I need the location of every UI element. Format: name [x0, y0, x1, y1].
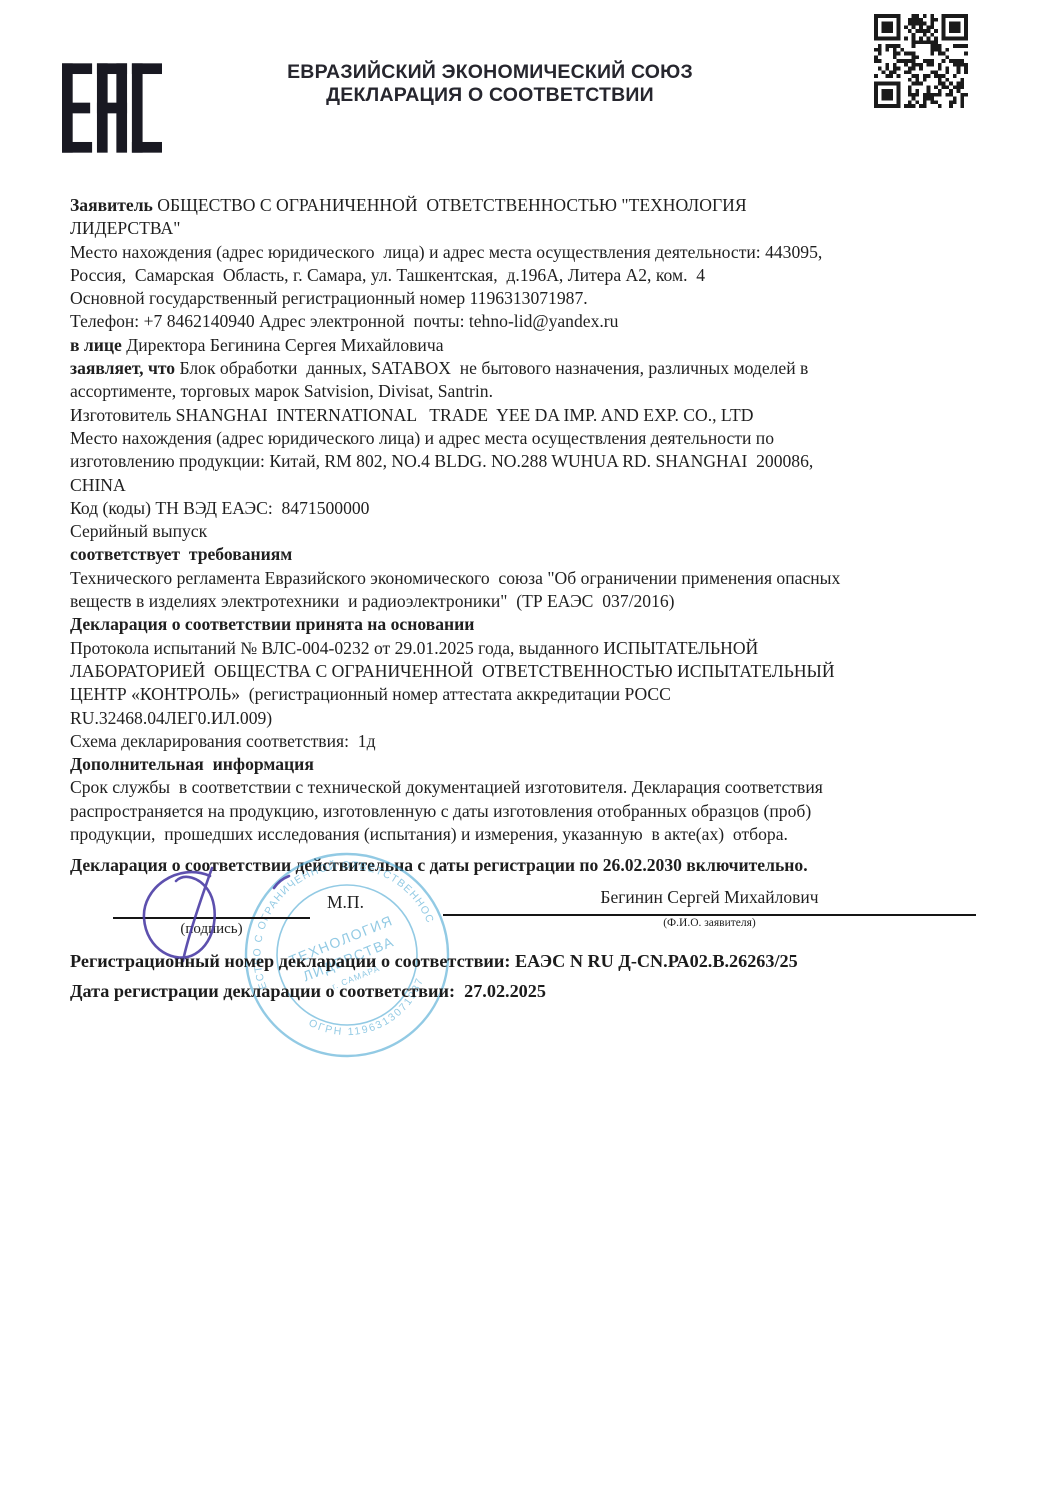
doc-line: веществ в изделиях электротехники и ради… [70, 590, 1010, 613]
doc-line: ЛИДЕРСТВА" [70, 217, 1010, 240]
doc-line: Россия, Самарская Область, г. Самара, ул… [70, 264, 1010, 287]
doc-line: Код (коды) ТН ВЭД ЕАЭС: 8471500000 [70, 497, 1010, 520]
doc-line: Срок службы в соответствии с технической… [70, 776, 1010, 799]
registration-number-line: Регистрационный номер декларации о соотв… [70, 951, 798, 972]
doc-line: Технического регламента Евразийского эко… [70, 567, 1010, 590]
doc-line: Дополнительная информация [70, 753, 1010, 776]
applicant-name-caption: (Ф.И.О. заявителя) [443, 917, 976, 929]
doc-line: Протокола испытаний № ВЛС-004-0232 от 29… [70, 637, 1010, 660]
doc-line: продукции, прошедших исследования (испыт… [70, 823, 1010, 846]
doc-line: Декларация о соответствии принята на осн… [70, 613, 1010, 636]
union-name: ЕВРАЗИЙСКИЙ ЭКОНОМИЧЕСКИЙ СОЮЗ [220, 61, 760, 84]
doc-line: ЛАБОРАТОРИЕЙ ОБЩЕСТВА С ОГРАНИЧЕННОЙ ОТВ… [70, 660, 1010, 683]
doc-line: в лице Директора Бегинина Сергея Михайло… [70, 334, 1010, 357]
doc-line: CHINA [70, 474, 1010, 497]
doc-line: Заявитель ОБЩЕСТВО С ОГРАНИЧЕННОЙ ОТВЕТС… [70, 194, 1010, 217]
stamp-place-label: М.П. [327, 892, 364, 913]
doc-line: Изготовитель SHANGHAI INTERNATIONAL TRAD… [70, 404, 1010, 427]
qr-code [874, 14, 968, 108]
doc-line: Основной государственный регистрационный… [70, 287, 1010, 310]
doc-line: RU.32468.04ЛЕГ0.ИЛ.009) [70, 707, 1010, 730]
doc-line: изготовлению продукции: Китай, RM 802, N… [70, 450, 1010, 473]
registration-date-label: Дата регистрации декларации о соответств… [70, 981, 464, 1001]
registration-number-value: ЕАЭС N RU Д-CN.РА02.В.26263/25 [515, 951, 798, 971]
doc-line: распространяется на продукцию, изготовле… [70, 800, 1010, 823]
registration-date-value: 27.02.2025 [464, 981, 546, 1001]
doc-line: Место нахождения (адрес юридического лиц… [70, 427, 1010, 450]
doc-line: заявляет, что Блок обработки данных, SAT… [70, 357, 1010, 380]
eac-logo [62, 62, 162, 154]
registration-date-line: Дата регистрации декларации о соответств… [70, 981, 546, 1002]
doc-line: Серийный выпуск [70, 520, 1010, 543]
document-type: ДЕКЛАРАЦИЯ О СООТВЕТСТВИИ [220, 84, 760, 107]
declaration-document: ЕВРАЗИЙСКИЙ ЭКОНОМИЧЕСКИЙ СОЮЗ ДЕКЛАРАЦИ… [0, 0, 1060, 1500]
handwritten-signature [126, 864, 301, 964]
applicant-name-line [443, 914, 976, 916]
document-body: Заявитель ОБЩЕСТВО С ОГРАНИЧЕННОЙ ОТВЕТС… [70, 194, 1010, 878]
document-title: ЕВРАЗИЙСКИЙ ЭКОНОМИЧЕСКИЙ СОЮЗ ДЕКЛАРАЦИ… [220, 61, 760, 107]
doc-line: Место нахождения (адрес юридического лиц… [70, 241, 1010, 264]
doc-line: ассортименте, торговых марок Satvision, … [70, 380, 1010, 403]
doc-line: соответствует требованиям [70, 543, 1010, 566]
doc-line: ЦЕНТР «КОНТРОЛЬ» (регистрационный номер … [70, 683, 1010, 706]
applicant-name: Бегинин Сергей Михайлович [443, 887, 976, 908]
doc-line: Схема декларирования соответствия: 1д [70, 730, 1010, 753]
doc-line: Телефон: +7 8462140940 Адрес электронной… [70, 310, 1010, 333]
registration-number-label: Регистрационный номер декларации о соотв… [70, 951, 515, 971]
